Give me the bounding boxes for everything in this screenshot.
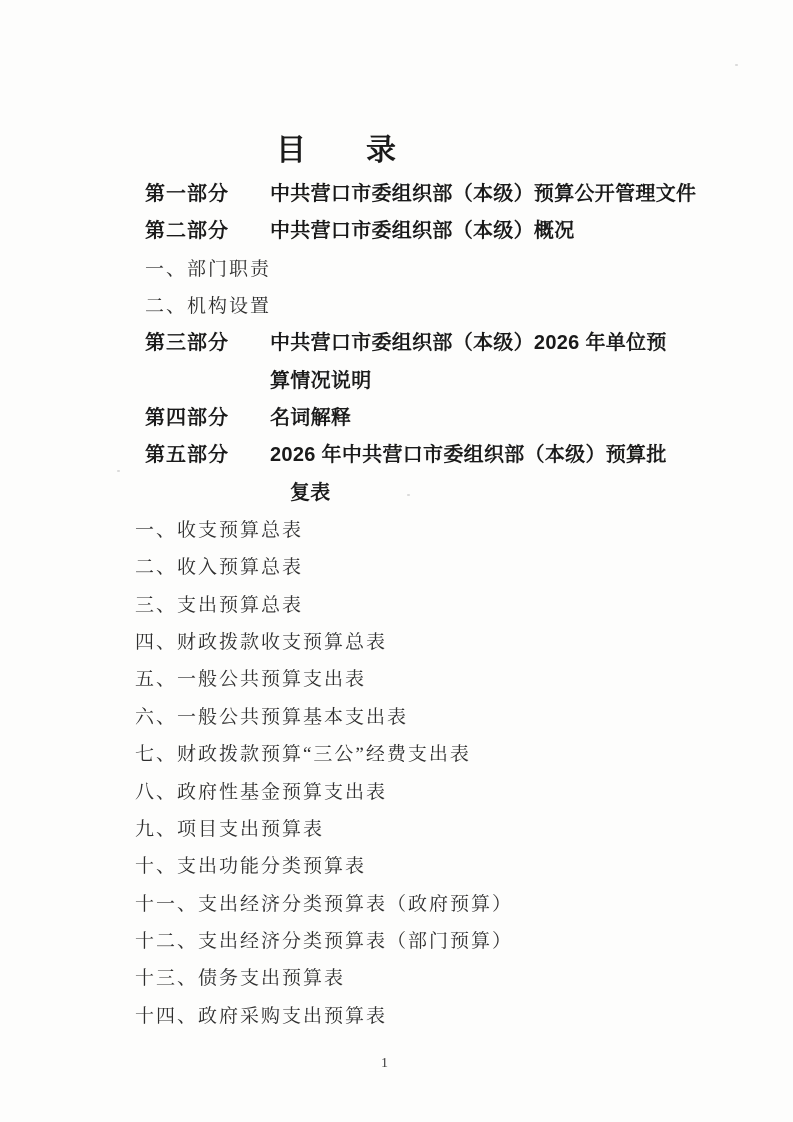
toc-row: 复表: [0, 475, 793, 512]
toc-row: 七、财政拨款预算“三公”经费支出表: [0, 736, 793, 773]
toc-row-text: 九、项目支出预算表: [135, 819, 324, 840]
toc-row-text: 一、收支预算总表: [135, 520, 303, 541]
toc-row: 九、项目支出预算表: [0, 811, 793, 848]
toc-part-label: 第一部分: [145, 176, 270, 213]
toc-row: 第三部分中共营口市委组织部（本级）2026 年单位预: [0, 325, 793, 362]
toc-row-text: 七、财政拨款预算“三公”经费支出表: [135, 744, 471, 765]
toc-row-text: 十二、支出经济分类预算表（部门预算）: [135, 931, 513, 952]
toc-part-label: 第二部分: [145, 213, 270, 250]
toc-row-text: 六、一般公共预算基本支出表: [135, 707, 408, 728]
scan-speck: [117, 470, 120, 472]
toc-row-text: 名词解释: [270, 407, 351, 429]
toc-row: 第四部分名词解释: [0, 400, 793, 437]
toc-part-label: 第三部分: [145, 325, 270, 362]
toc-row: 第二部分中共营口市委组织部（本级）概况: [0, 213, 793, 250]
toc-row: 十二、支出经济分类预算表（部门预算）: [0, 923, 793, 960]
document-page: 目 录 第一部分中共营口市委组织部（本级）预算公开管理文件第二部分中共营口市委组…: [0, 0, 793, 1122]
toc-row-text: 八、政府性基金预算支出表: [135, 782, 387, 803]
toc-row: 十三、债务支出预算表: [0, 960, 793, 997]
toc-row-text: 一、部门职责: [145, 259, 271, 280]
toc-row: 第一部分中共营口市委组织部（本级）预算公开管理文件: [0, 176, 793, 213]
toc-row-text: 十一、支出经济分类预算表（政府预算）: [135, 894, 513, 915]
page-number: 1: [0, 1054, 781, 1074]
toc-row-text: 复表: [290, 482, 331, 504]
toc-row-text: 五、一般公共预算支出表: [135, 669, 366, 690]
toc-row: 十一、支出经济分类预算表（政府预算）: [0, 886, 793, 923]
toc-row: 五、一般公共预算支出表: [0, 661, 793, 698]
toc-row: 八、政府性基金预算支出表: [0, 774, 793, 811]
toc-row: 十、支出功能分类预算表: [0, 848, 793, 885]
toc-row-text: 十四、政府采购支出预算表: [135, 1006, 387, 1027]
toc-row-text: 2026 年中共营口市委组织部（本级）预算批: [270, 444, 667, 466]
toc-row-text: 三、支出预算总表: [135, 595, 303, 616]
toc-row-text: 中共营口市委组织部（本级）概况: [270, 220, 575, 242]
toc-row-text: 二、机构设置: [145, 296, 271, 317]
toc-row-text: 二、收入预算总表: [135, 557, 303, 578]
toc-row: 一、部门职责: [0, 251, 793, 288]
toc-row: 二、收入预算总表: [0, 549, 793, 586]
toc-part-label: 第五部分: [145, 437, 270, 474]
toc-row-text: 四、财政拨款收支预算总表: [135, 632, 387, 653]
toc-row-text: 中共营口市委组织部（本级）2026 年单位预: [270, 332, 667, 354]
toc-row: 十四、政府采购支出预算表: [0, 998, 793, 1035]
toc-row: 三、支出预算总表: [0, 587, 793, 624]
table-of-contents: 第一部分中共营口市委组织部（本级）预算公开管理文件第二部分中共营口市委组织部（本…: [0, 176, 793, 1035]
page-title: 目 录: [276, 131, 396, 171]
scan-speck: [735, 64, 738, 66]
scan-speck: [407, 494, 410, 496]
toc-row: 四、财政拨款收支预算总表: [0, 624, 793, 661]
toc-row: 二、机构设置: [0, 288, 793, 325]
toc-row: 算情况说明: [0, 363, 793, 400]
toc-row: 六、一般公共预算基本支出表: [0, 699, 793, 736]
toc-row-text: 算情况说明: [270, 370, 372, 392]
toc-row-text: 中共营口市委组织部（本级）预算公开管理文件: [270, 183, 696, 205]
toc-row: 一、收支预算总表: [0, 512, 793, 549]
toc-row-text: 十三、债务支出预算表: [135, 968, 345, 989]
toc-row-text: 十、支出功能分类预算表: [135, 856, 366, 877]
toc-part-label: 第四部分: [145, 400, 270, 437]
